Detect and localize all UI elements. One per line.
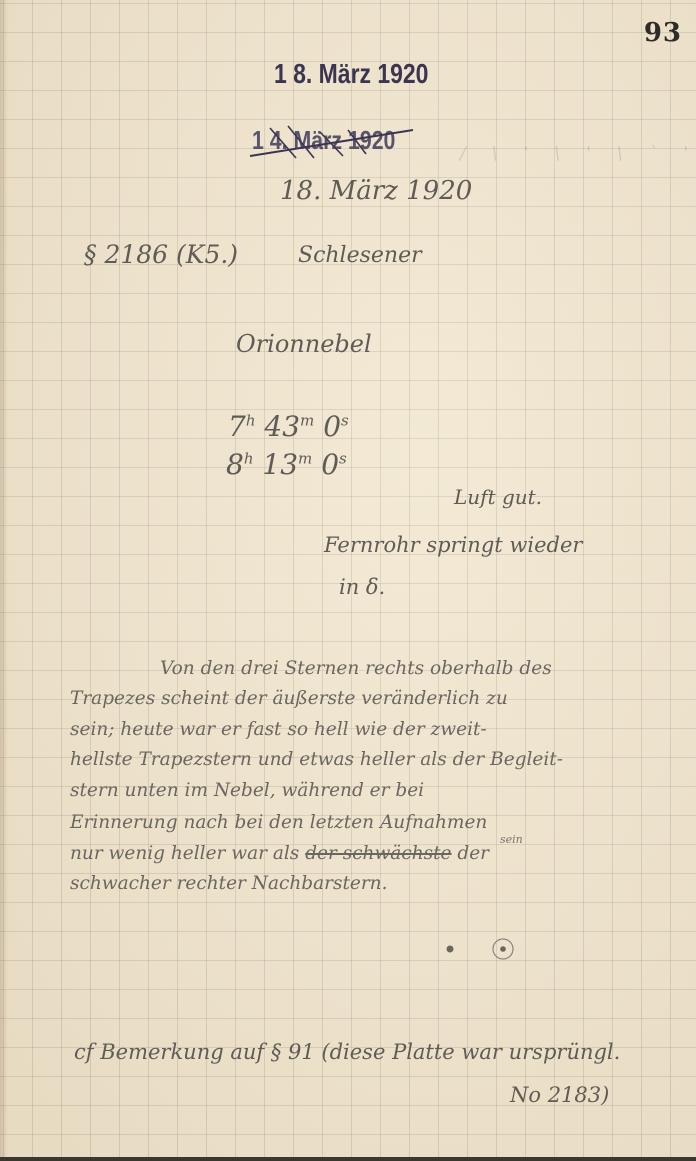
paragraph-line-7: nur wenig heller war als der schwächste … [70, 843, 489, 864]
plate-number: § 2186 (K5.) [84, 240, 238, 269]
footnote-line-1: cf Bemerkung auf § 91 (diese Platte war … [74, 1040, 620, 1064]
bleed-through-text: / \ ' \ ' \ ` ' [460, 143, 696, 164]
air-remark: Luft gut. [454, 485, 542, 509]
line-7-tail: der [457, 843, 489, 864]
paragraph-line-6: Erinnerung nach bei den letzten Aufnahme… [70, 812, 487, 833]
end-minutes: 13 [262, 448, 298, 481]
star-sketch [440, 930, 530, 970]
end-seconds: 0 [321, 448, 339, 481]
start-seconds: 0 [323, 410, 341, 443]
paragraph-line-5: stern unten im Nebel, während er bei [70, 780, 424, 801]
observer-name: Schlesener [298, 243, 422, 268]
line-7-text: nur wenig heller war als [70, 843, 299, 864]
exposure-start: 7h 43m 0s [228, 410, 349, 443]
paragraph-line-3: sein; heute war er fast so hell wie der … [70, 719, 487, 740]
observed-object: Orionnebel [236, 330, 372, 358]
telescope-remark-line-1: Fernrohr springt wieder [324, 533, 582, 557]
paragraph-line-4: hellste Trapezstern und etwas heller als… [70, 749, 563, 770]
star-dot-icon [447, 946, 454, 953]
struck-text: der schwächste [305, 843, 451, 864]
paragraph-line-2: Trapezes scheint der äußerste veränderli… [70, 688, 508, 709]
paragraph-line-1: Von den drei Sternen rechts oberhalb des [160, 658, 552, 679]
page-bottom-edge [0, 1157, 696, 1161]
strike-through-marks [248, 118, 418, 163]
start-hours: 7 [228, 410, 246, 443]
binding-shadow [0, 0, 8, 1161]
telescope-remark-line-2: in δ. [339, 575, 385, 599]
date-stamp: 1 8. März 1920 [274, 58, 428, 90]
handwritten-date: 18. März 1920 [280, 176, 472, 206]
inserted-word: sein [500, 833, 523, 846]
end-hours: 8 [226, 448, 244, 481]
start-minutes: 43 [264, 410, 300, 443]
paragraph-line-8: schwacher rechter Nachbarstern. [70, 873, 387, 894]
page-number: 93 [644, 18, 682, 48]
exposure-end: 8h 13m 0s [226, 448, 347, 481]
notebook-page: 93 1 8. März 1920 1 4. März 1920 / \ ' \… [0, 0, 696, 1161]
footnote-line-2: No 2183) [510, 1083, 609, 1107]
